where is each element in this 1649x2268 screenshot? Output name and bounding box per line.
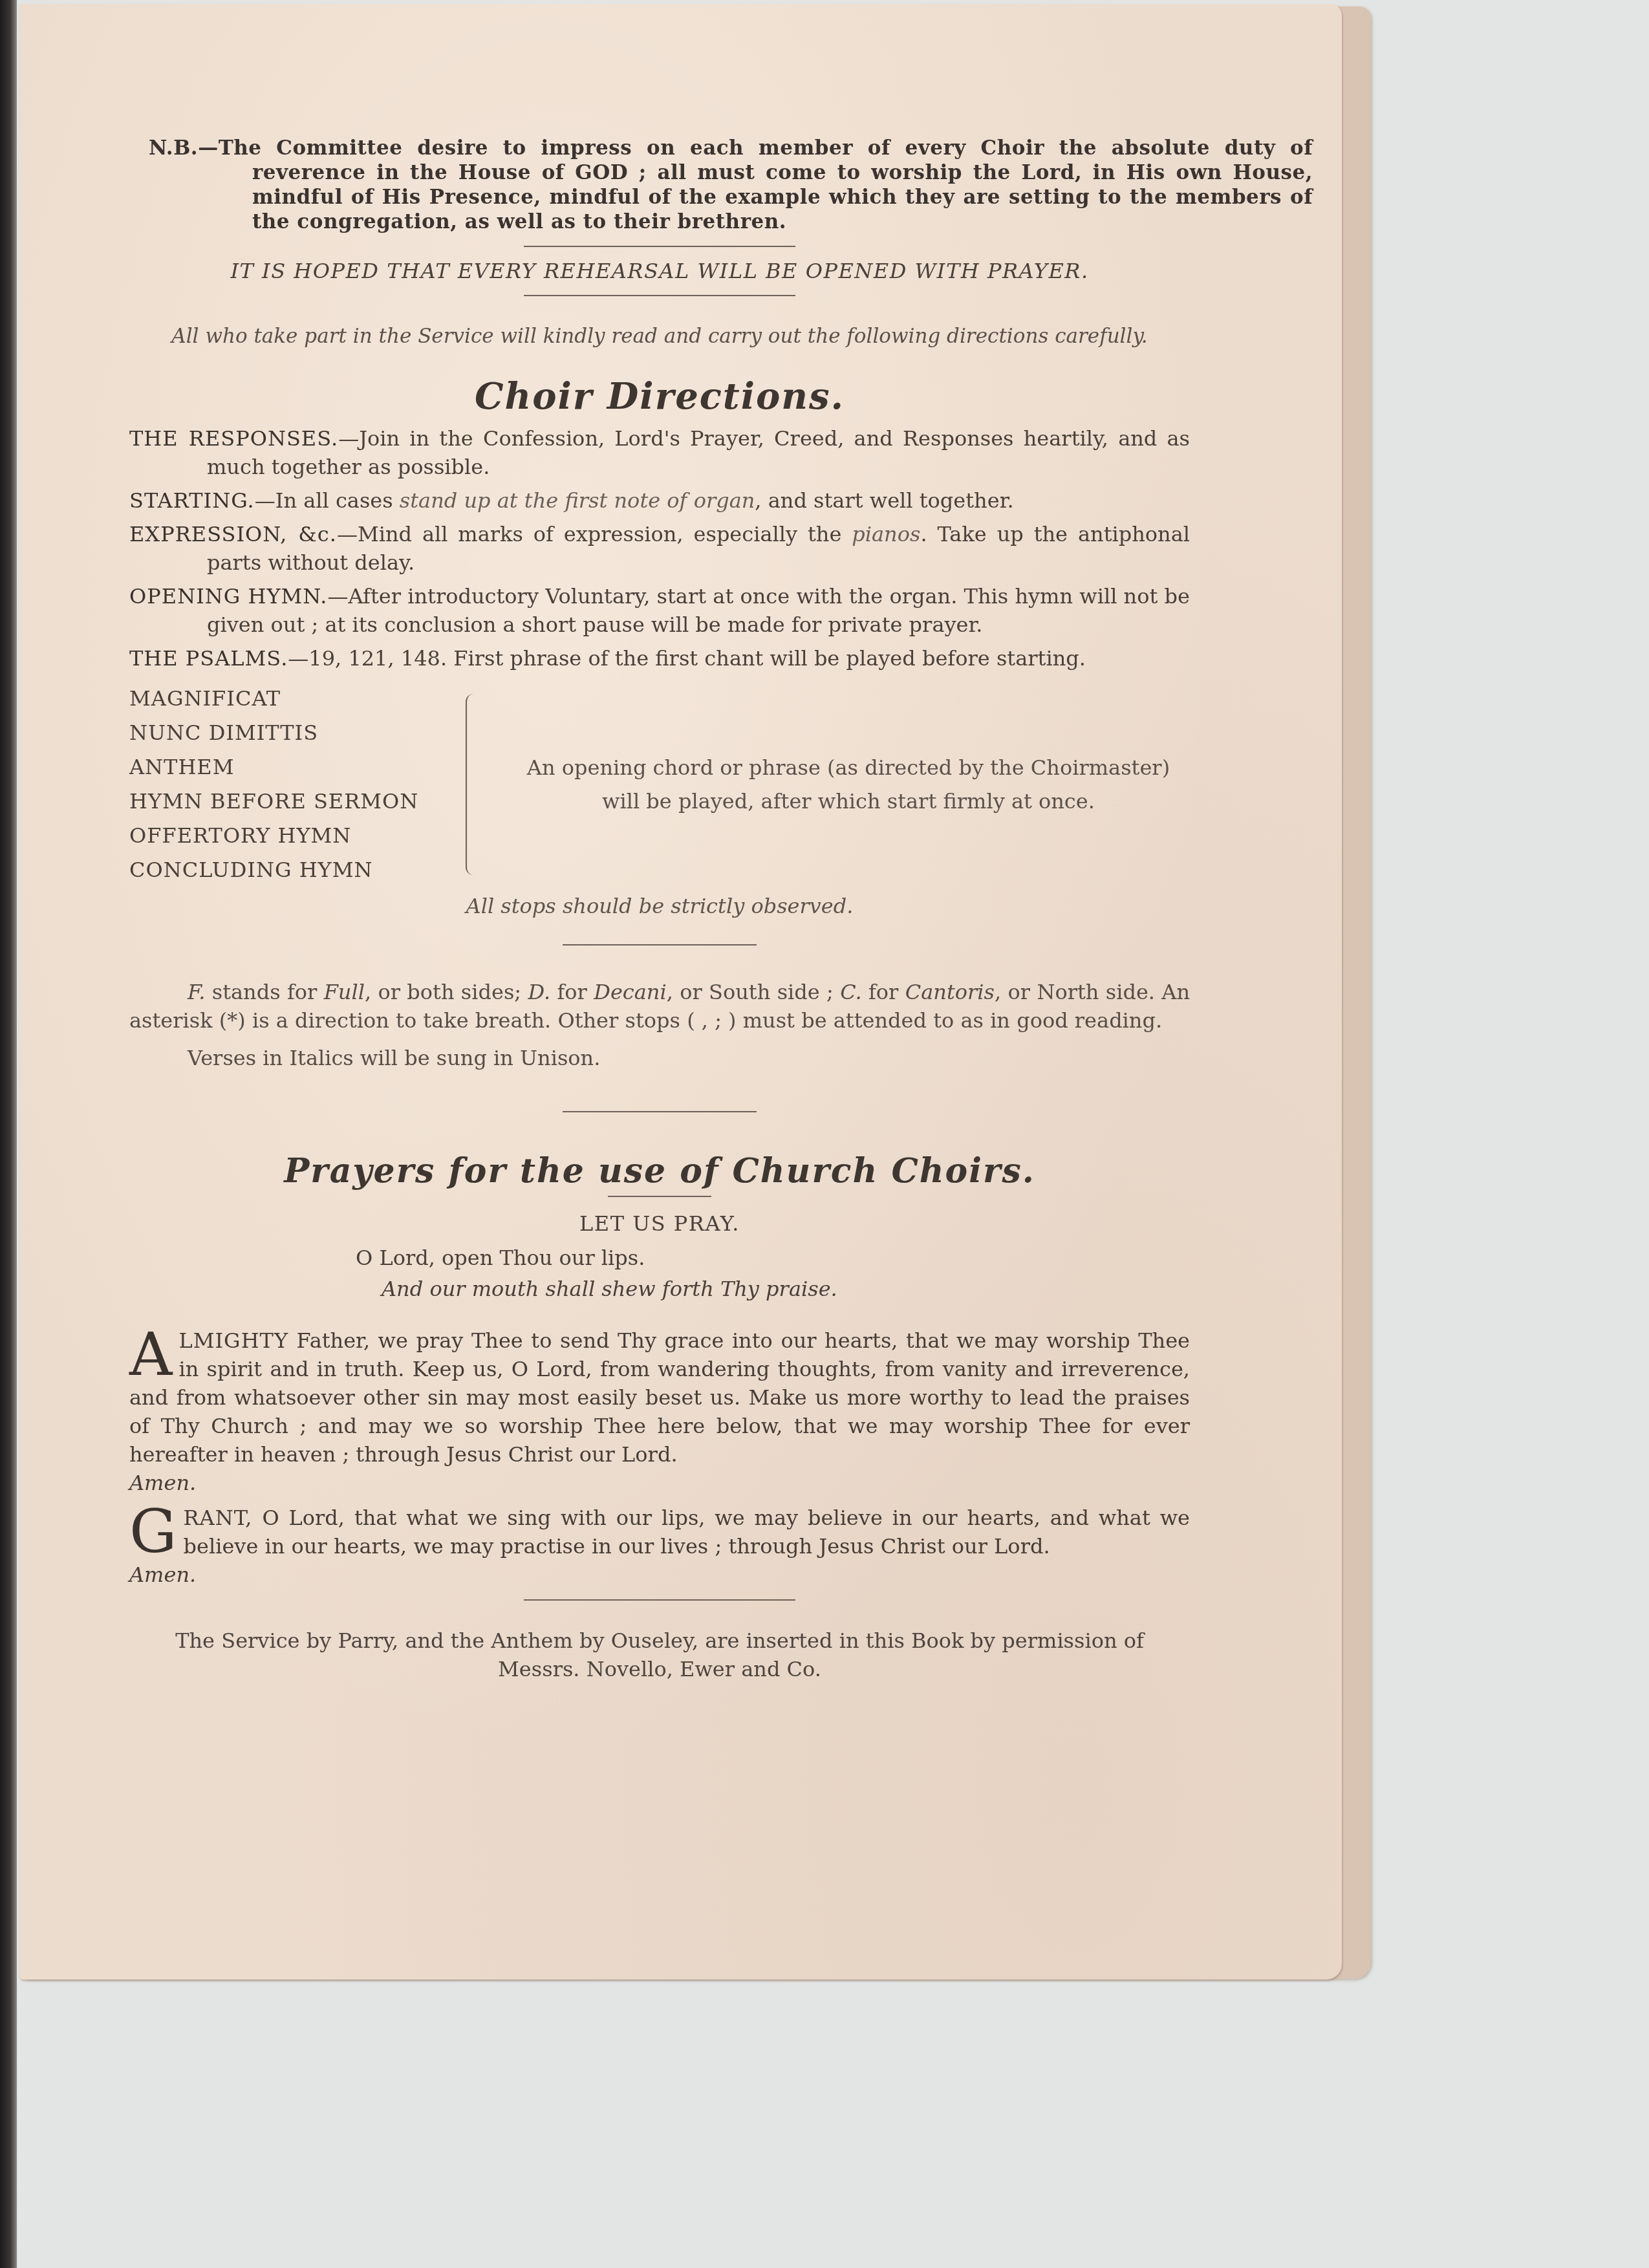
prayers-heading: Prayers for the use of Church Choirs. bbox=[129, 1151, 1190, 1191]
divider bbox=[563, 944, 757, 945]
permission-credits: The Service by Parry, and the Anthem by … bbox=[168, 1626, 1151, 1683]
canticle-item: OFFERTORY HYMN bbox=[129, 819, 466, 853]
collect-grant: GRANT, O Lord, that what we sing with ou… bbox=[129, 1504, 1190, 1589]
divider bbox=[608, 1196, 711, 1197]
abbreviations-paragraph: F. stands for Full, or both sides; D. fo… bbox=[129, 978, 1190, 1035]
binding-edge bbox=[0, 0, 17, 2268]
canticle-item: CONCLUDING HYMN bbox=[129, 853, 466, 887]
divider bbox=[524, 1599, 795, 1601]
choir-directions-list: THE RESPONSES.—Join in the Confession, L… bbox=[129, 424, 1190, 673]
directions-intro: All who take part in the Service will ki… bbox=[142, 322, 1177, 351]
canticle-item: HYMN BEFORE SERMON bbox=[129, 784, 466, 819]
rehearsal-prayer-note: IT IS HOPED THAT EVERY REHEARSAL WILL BE… bbox=[129, 259, 1190, 283]
response: And our mouth shall shew forth Thy prais… bbox=[382, 1273, 1190, 1304]
divider bbox=[563, 1111, 757, 1112]
direction-expression: EXPRESSION, &c.—Mind all marks of expres… bbox=[129, 520, 1190, 577]
versicle: O Lord, open Thou our lips. bbox=[356, 1242, 1190, 1273]
opening-chord-note: An opening chord or phrase (as directed … bbox=[507, 751, 1190, 818]
amen: Amen. bbox=[129, 1561, 1190, 1589]
let-us-pray: LET US PRAY. bbox=[129, 1211, 1190, 1236]
dropcap-a: A bbox=[129, 1329, 172, 1381]
canticle-list: MAGNIFICAT NUNC DIMITTIS ANTHEM HYMN BEF… bbox=[129, 682, 466, 887]
divider bbox=[524, 246, 795, 247]
direction-starting: STARTING.—In all cases stand up at the f… bbox=[129, 486, 1190, 515]
canticle-item: MAGNIFICAT bbox=[129, 682, 466, 716]
document-page: N.B.—The Committee desire to impress on … bbox=[19, 4, 1342, 1980]
direction-responses: THE RESPONSES.—Join in the Confession, L… bbox=[129, 424, 1190, 481]
page-content: N.B.—The Committee desire to impress on … bbox=[129, 127, 1190, 1683]
brace-icon bbox=[466, 694, 481, 875]
unison-note: Verses in Italics will be sung in Unison… bbox=[129, 1044, 1190, 1072]
collect-almighty: ALMIGHTY Father, we pray Thee to send Th… bbox=[129, 1326, 1190, 1497]
choir-directions-heading: Choir Directions. bbox=[129, 375, 1190, 418]
direction-psalms: THE PSALMS.—19, 121, 148. First phrase o… bbox=[129, 644, 1190, 673]
bracketed-canticles: MAGNIFICAT NUNC DIMITTIS ANTHEM HYMN BEF… bbox=[129, 682, 1190, 887]
canticle-item: NUNC DIMITTIS bbox=[129, 716, 466, 750]
divider bbox=[524, 295, 795, 296]
stops-note: All stops should be strictly observed. bbox=[129, 894, 1190, 918]
dropcap-g: G bbox=[129, 1506, 177, 1558]
abbreviations-note: F. stands for Full, or both sides; D. fo… bbox=[129, 978, 1190, 1072]
amen: Amen. bbox=[129, 1469, 1190, 1497]
canticle-item: ANTHEM bbox=[129, 750, 466, 784]
nb-committee-note: N.B.—The Committee desire to impress on … bbox=[149, 136, 1313, 234]
direction-opening-hymn: OPENING HYMN.—After introductory Volunta… bbox=[129, 582, 1190, 639]
